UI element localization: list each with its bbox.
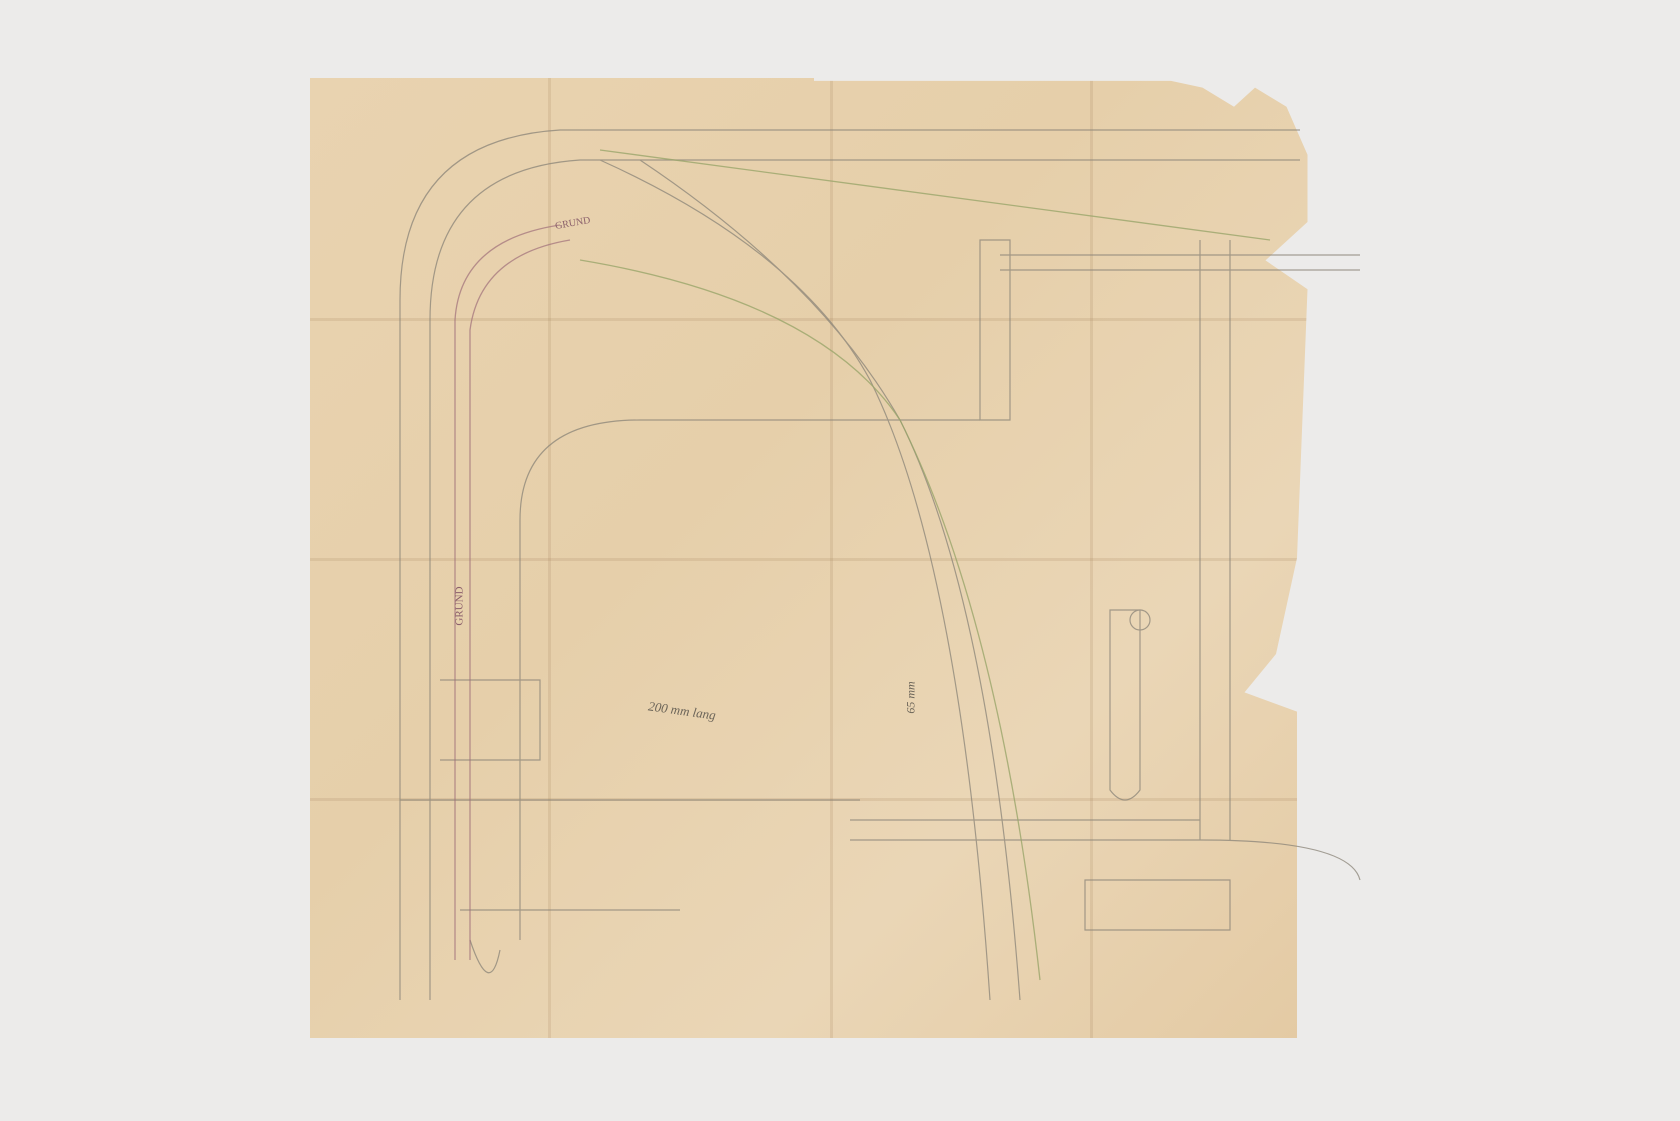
- technical-drawing-lines: [0, 0, 1680, 1121]
- grund-label-vertical: GRUND: [454, 586, 466, 625]
- dimension-65-label: 65 mm: [904, 681, 919, 713]
